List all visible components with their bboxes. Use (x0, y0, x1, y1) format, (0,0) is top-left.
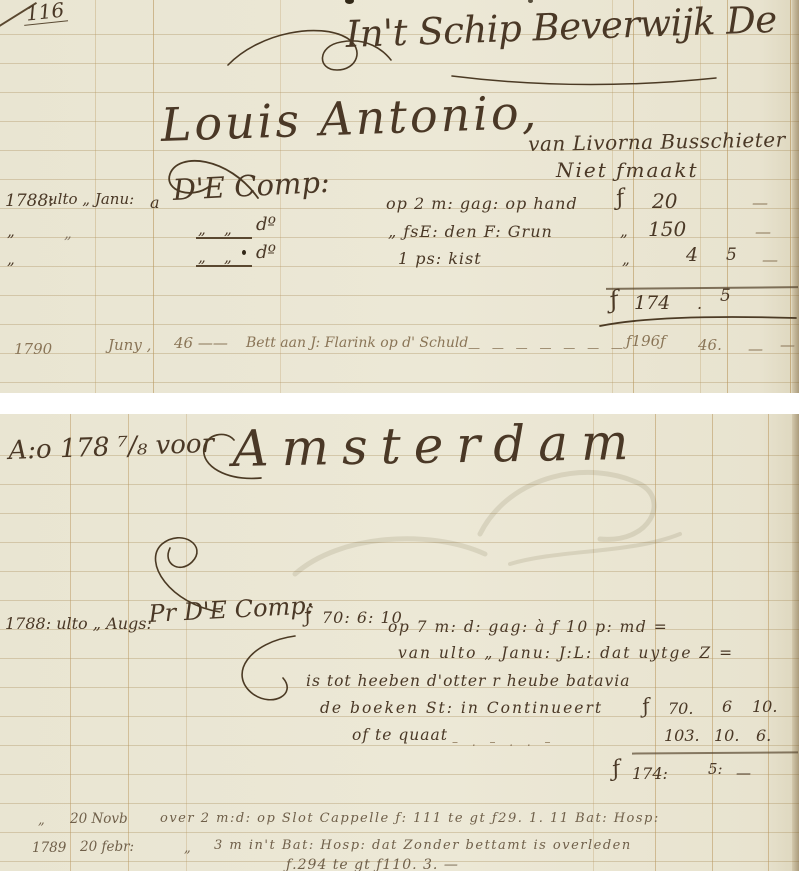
amount-dash: — (780, 338, 795, 353)
settlement-amount: 46. (698, 338, 722, 353)
city-name: Amsterdam (232, 417, 642, 474)
entry-stuivers: 5 (726, 247, 737, 264)
bottom-scan-panel: A:o 178 ⁷/₈ voor Amsterdam 1788: ulto „ … (0, 414, 799, 871)
amount-guilders: 70. (668, 701, 693, 717)
total-separator: . (697, 296, 702, 312)
amount-penningen: 10. (752, 699, 777, 715)
footnote-date: 20 Novb (70, 813, 128, 827)
ink-blot (528, 0, 533, 3)
ditto-mark: „ (620, 224, 628, 239)
footnote-text: ƒ.294 te gt ƒ110. 3. — (286, 858, 459, 871)
amount-dash: — (748, 342, 763, 357)
settlement-dash-leader: — — — — — — — (468, 342, 627, 354)
ship-title: In't Schip Beverwijk De (345, 1, 777, 53)
bleed-through-marks (290, 514, 490, 594)
amount-dash: — (762, 252, 778, 268)
account-year: A:o 178 ⁷/₈ voor (8, 431, 214, 464)
footnote-text: over 2 m:d: op Slot Cappelle ƒ: 111 te g… (160, 812, 660, 825)
entry-day: ulto „ Janu: (48, 192, 134, 207)
entry-amount: 150 (648, 219, 686, 239)
page-edge-shadow (792, 414, 799, 871)
ditto-mark: „ (198, 222, 206, 237)
top-scan-panel: 116 In't Schip Beverwijk De Louis Antoni… (0, 0, 799, 393)
ink-blot (345, 0, 354, 4)
entry-date: 1788: ulto „ Augs: (5, 616, 152, 632)
ruled-line-vertical (186, 414, 187, 871)
florin-sign: ƒ (607, 287, 621, 312)
florin-sign: ƒ (614, 187, 627, 210)
entry-year: 1788: (5, 193, 54, 210)
entry-line: op 7 m: d: gag: à ƒ 10 p: md = (388, 620, 668, 636)
ditto-mark: „ (198, 250, 206, 265)
ditto-mark: „ (64, 226, 72, 241)
footnote-year: 1789 (32, 842, 66, 856)
settlement-folio: 46 —— (174, 336, 228, 351)
total-guilders: 174: (632, 766, 668, 782)
entry-line: de boeken St: in Continueert (320, 701, 603, 717)
total-stuivers: 5: (708, 762, 723, 777)
entry-line: of te quaat (352, 728, 448, 744)
entry-party: Pr D'E Comp: (148, 593, 314, 626)
footnote-date: 20 febr: (80, 841, 134, 855)
crew-note: Niet ƒmaakt (556, 160, 699, 180)
ruled-line-vertical (712, 414, 713, 871)
amount-dash: — (755, 224, 771, 240)
ditto-mark: „ (224, 250, 232, 265)
crew-name: Louis Antonio, (160, 89, 540, 148)
entry-party: D'E Comp: (172, 168, 330, 205)
amount-dash: — (752, 195, 768, 211)
entry-amount: 20 (652, 191, 677, 211)
ruled-line-vertical (128, 414, 129, 871)
entry-description: op 2 m: gag: op hand (386, 196, 578, 212)
ruled-line-vertical (70, 414, 71, 871)
ditto-mark: „ (7, 224, 15, 239)
entry-description: 1 ps: kist (398, 251, 482, 267)
ditto-dash-stroke (196, 265, 252, 267)
ruled-line-vertical (727, 0, 728, 393)
ledger-scan: 116 In't Schip Beverwijk De Louis Antoni… (0, 0, 799, 871)
sum-rule (632, 751, 798, 754)
ink-blot (242, 250, 246, 255)
ruled-line-vertical (612, 0, 613, 393)
ditto-dash-stroke (196, 237, 252, 239)
footnote-ditto: „ (184, 842, 191, 855)
settlement-text: Bett aan J: Flarink op d' Schuld (246, 336, 468, 350)
comp-tail-flourish (225, 632, 305, 707)
ruled-line-vertical (700, 0, 701, 393)
entry-line: van ulto „ Janu: J:L: dat uytge Z = (398, 646, 734, 662)
amount-penningen: 6. (756, 728, 771, 744)
ruled-line-vertical (790, 0, 791, 393)
amount-guilders: 103. (664, 728, 700, 744)
entry-amount: 4 (686, 246, 698, 265)
total-underline-swash (598, 312, 798, 330)
footnote-text: 3 m in't Bat: Hosp: dat Zonder bettamt i… (214, 839, 632, 852)
settlement-month: Juny , (108, 338, 151, 353)
entry-line: is tot heeben d'otter r heube batavia (306, 674, 630, 690)
ditto-mark: „ (224, 222, 232, 237)
ditto-do-mark: dº (256, 216, 276, 234)
entry-description: „ ƒsE: den F: Grun (388, 224, 553, 240)
ditto-mark: „ (622, 252, 630, 267)
florin-sign: ƒ (640, 695, 651, 716)
amount-stuivers: 10. (714, 728, 739, 744)
florin-sign: ƒ (610, 758, 623, 781)
sum-rule (606, 286, 798, 289)
ditto-mark: „ (7, 252, 15, 267)
total-amount: 174 (634, 294, 670, 313)
total-stuivers: 5 (720, 288, 731, 305)
ditto-do-mark: dº (256, 244, 276, 262)
settlement-folio-ref: ƒ196ƒ (626, 334, 666, 349)
amount-stuivers: 6 (722, 699, 732, 715)
dash-leader: – . – . . – (452, 736, 556, 748)
total-penningen: — (736, 766, 751, 781)
page-edge-shadow (792, 0, 799, 393)
ruled-line-vertical (768, 414, 769, 871)
settlement-year: 1790 (14, 342, 52, 357)
footnote-ditto: „ (38, 814, 45, 827)
page-number: 116 (22, 0, 68, 26)
crew-origin: van Livorna Busschieter (528, 130, 786, 154)
